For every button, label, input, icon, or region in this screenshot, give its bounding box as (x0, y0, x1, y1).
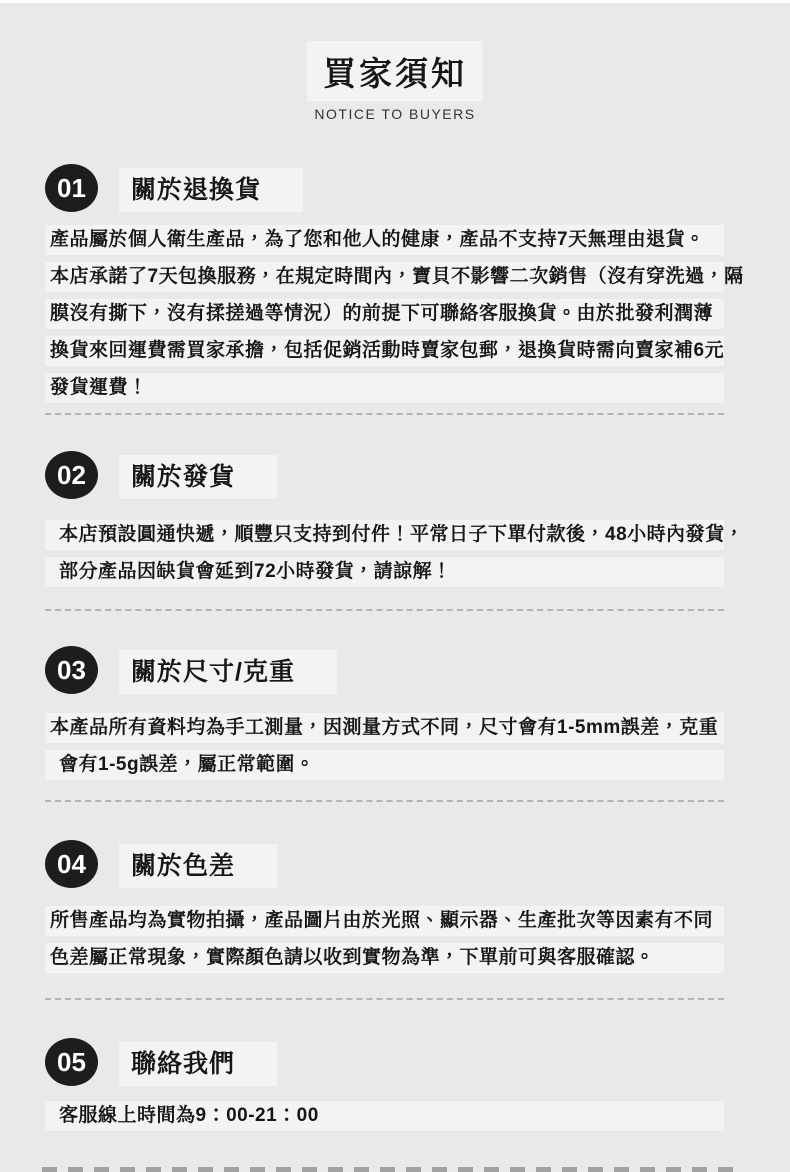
page-header: 買家須知 NOTICE TO BUYERS (0, 3, 790, 122)
section-shipping-header: 02 關於發貨 (45, 451, 724, 499)
section-returns-heading-text: 關於退換貨 (119, 168, 303, 212)
section-contact-body: 客服線上時間為9：00-21：00 (45, 1101, 724, 1131)
section-size-weight-header: 03 關於尺寸/克重 (45, 646, 724, 694)
dashed-divider (45, 800, 724, 802)
section-contact-heading: 聯絡我們 (119, 1044, 277, 1080)
section-returns-heading: 關於退換貨 (119, 170, 303, 206)
body-line: 膜沒有撕下，沒有揉搓過等情況）的前提下可聯絡客服換貨。由於批發利潤薄 (45, 299, 724, 329)
dashed-divider (45, 998, 724, 1000)
section-shipping-heading-text: 關於發貨 (119, 455, 277, 499)
section-contact-header: 05 聯絡我們 (45, 1038, 724, 1086)
body-line: 色差屬正常現象，實際顏色請以收到實物為準，下單前可與客服確認。 (45, 943, 724, 973)
body-line: 部分產品因缺貨會延到72小時發貨，請諒解！ (45, 557, 724, 587)
section-color-difference-header: 04 關於色差 (45, 840, 724, 888)
section-number-badge-02: 02 (45, 451, 98, 499)
page-title: 買家須知 (307, 41, 483, 101)
section-color-difference-heading: 關於色差 (119, 846, 277, 882)
body-line: 本店預設圓通快遞，順豐只支持到付件！平常日子下單付款後，48小時內發貨， (45, 520, 724, 550)
section-color-difference-body: 所售產品均為實物拍攝，產品圖片由於光照、顯示器、生產批次等因素有不同 色差屬正常… (45, 906, 724, 973)
page-subtitle: NOTICE TO BUYERS (0, 106, 790, 122)
section-shipping-body: 本店預設圓通快遞，順豐只支持到付件！平常日子下單付款後，48小時內發貨， 部分產… (45, 520, 724, 587)
section-number-badge-03: 03 (45, 646, 98, 694)
body-line: 客服線上時間為9：00-21：00 (45, 1101, 724, 1131)
body-line: 所售產品均為實物拍攝，產品圖片由於光照、顯示器、生產批次等因素有不同 (45, 906, 724, 936)
section-number-badge-01: 01 (45, 164, 98, 212)
dashed-divider (45, 413, 724, 415)
section-size-weight-body: 本產品所有資料均為手工測量，因測量方式不同，尺寸會有1-5mm誤差，克重 會有1… (45, 713, 724, 780)
body-line: 換貨來回運費需買家承擔，包括促銷活動時賣家包郵，退換貨時需向賣家補6元 (45, 336, 724, 366)
section-returns-header: 01 關於退換貨 (45, 164, 724, 212)
body-line: 會有1-5g誤差，屬正常範圍。 (45, 750, 724, 780)
body-line: 本產品所有資料均為手工測量，因測量方式不同，尺寸會有1-5mm誤差，克重 (45, 713, 724, 743)
body-line: 發貨運費！ (45, 373, 724, 403)
section-size-weight-heading: 關於尺寸/克重 (119, 652, 337, 688)
next-section-peek-strip (42, 1167, 744, 1172)
section-shipping-heading: 關於發貨 (119, 457, 277, 493)
dashed-divider (45, 609, 724, 611)
section-returns-body: 產品屬於個人衛生產品，為了您和他人的健康，產品不支持7天無理由退貨。 本店承諾了… (45, 225, 724, 403)
section-number-badge-05: 05 (45, 1038, 98, 1086)
notice-content: 01 關於退換貨 產品屬於個人衛生產品，為了您和他人的健康，產品不支持7天無理由… (0, 164, 790, 1131)
section-number-badge-04: 04 (45, 840, 98, 888)
section-size-weight-heading-text: 關於尺寸/克重 (119, 650, 337, 694)
buyer-notice-page: 買家須知 NOTICE TO BUYERS 01 關於退換貨 產品屬於個人衛生產… (0, 0, 790, 1172)
section-contact-heading-text: 聯絡我們 (119, 1042, 277, 1086)
body-line: 產品屬於個人衛生產品，為了您和他人的健康，產品不支持7天無理由退貨。 (45, 225, 724, 255)
section-color-difference-heading-text: 關於色差 (119, 844, 277, 888)
body-line: 本店承諾了7天包換服務，在規定時間內，寶貝不影響二次銷售（沒有穿洗過，隔 (45, 262, 724, 292)
